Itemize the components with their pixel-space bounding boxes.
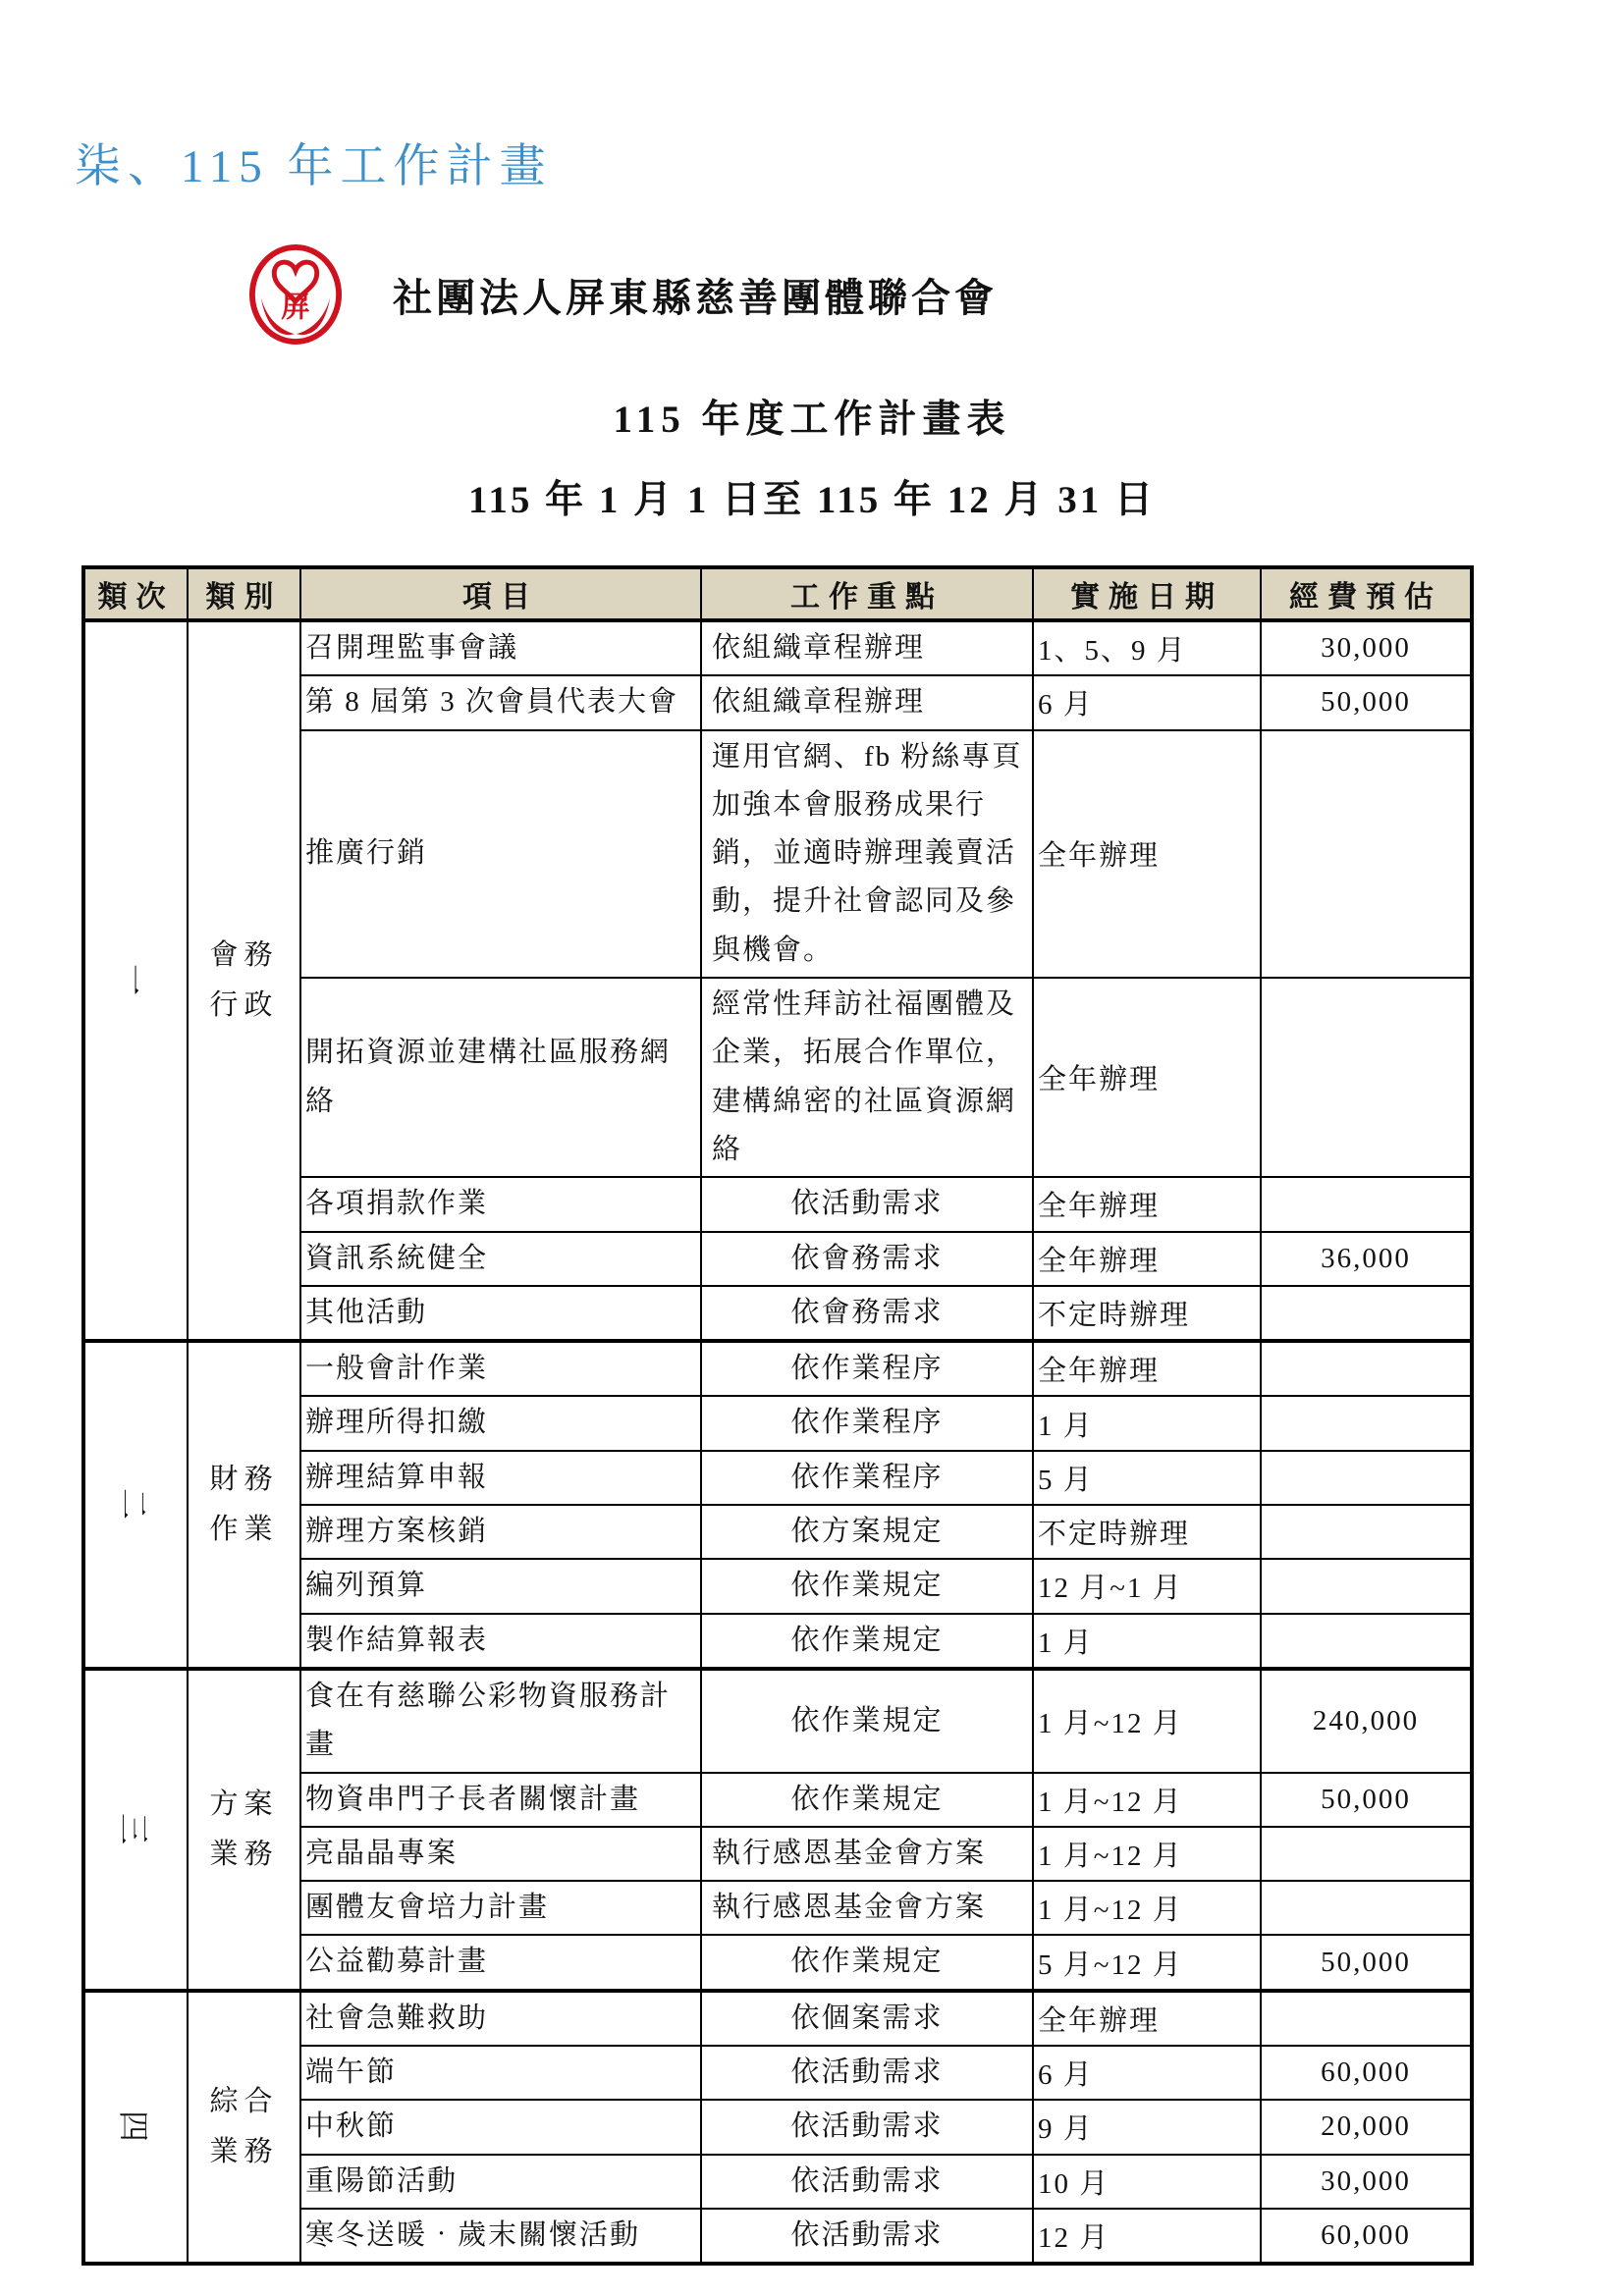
date-cell: 6 月 bbox=[1033, 2046, 1261, 2100]
item-cell: 重陽節活動 bbox=[300, 2155, 701, 2209]
focus-cell: 依作業規定 bbox=[701, 1773, 1033, 1827]
section-category-cell: 會務行政 bbox=[188, 620, 300, 1341]
logo-character: 屏 bbox=[281, 292, 309, 324]
org-logo-icon: 屏 bbox=[247, 243, 344, 346]
section-number: 二 bbox=[113, 1488, 158, 1522]
focus-cell: 依個案需求 bbox=[701, 1991, 1033, 2046]
table-row: 一會務行政召開理監事會議依組織章程辦理1、5、9 月30,000 bbox=[83, 620, 1472, 675]
item-cell: 辦理方案核銷 bbox=[300, 1505, 701, 1559]
date-cell: 6 月 bbox=[1033, 675, 1261, 729]
date-cell: 全年辦理 bbox=[1033, 1232, 1261, 1286]
section-category-cell: 財務作業 bbox=[188, 1341, 300, 1669]
table-row: 四綜合業務社會急難救助依個案需求全年辦理 bbox=[83, 1991, 1472, 2046]
item-cell: 編列預算 bbox=[300, 1559, 701, 1613]
item-cell: 辦理結算申報 bbox=[300, 1451, 701, 1505]
budget-cell: 20,000 bbox=[1261, 2100, 1472, 2154]
col-header-item: 項目 bbox=[300, 567, 701, 620]
date-cell: 全年辦理 bbox=[1033, 978, 1261, 1177]
item-cell: 各項捐款作業 bbox=[300, 1177, 701, 1231]
section-number: 四 bbox=[113, 2110, 158, 2144]
budget-cell bbox=[1261, 1505, 1472, 1559]
focus-cell: 依作業程序 bbox=[701, 1341, 1033, 1396]
document-page: 柒、115 年工作計畫 屏 社團法人屏東縣慈善團體聯合會 115 年度工作計畫表… bbox=[0, 0, 1624, 2296]
item-cell: 其他活動 bbox=[300, 1286, 701, 1341]
focus-cell: 依會務需求 bbox=[701, 1232, 1033, 1286]
focus-cell: 執行感恩基金會方案 bbox=[701, 1881, 1033, 1935]
date-cell: 全年辦理 bbox=[1033, 730, 1261, 978]
plan-title: 115 年度工作計畫表 bbox=[0, 389, 1624, 444]
date-cell: 1 月 bbox=[1033, 1614, 1261, 1669]
item-cell: 第 8 屆第 3 次會員代表大會 bbox=[300, 675, 701, 729]
date-cell: 5 月~12 月 bbox=[1033, 1935, 1261, 1990]
focus-cell: 依活動需求 bbox=[701, 2046, 1033, 2100]
item-cell: 製作結算報表 bbox=[300, 1614, 701, 1669]
section-category-line: 業務 bbox=[192, 2127, 296, 2177]
budget-cell: 30,000 bbox=[1261, 2155, 1472, 2209]
item-cell: 團體友會培力計畫 bbox=[300, 1881, 701, 1935]
budget-cell bbox=[1261, 1827, 1472, 1881]
section-category-line: 方案 bbox=[192, 1780, 296, 1830]
budget-cell: 30,000 bbox=[1261, 620, 1472, 675]
budget-cell bbox=[1261, 1177, 1472, 1231]
budget-cell: 50,000 bbox=[1261, 1935, 1472, 1990]
focus-cell: 依活動需求 bbox=[701, 2100, 1033, 2154]
date-cell: 1 月~12 月 bbox=[1033, 1881, 1261, 1935]
section-number: 三 bbox=[113, 1813, 158, 1846]
budget-cell bbox=[1261, 1341, 1472, 1396]
focus-cell: 依作業規定 bbox=[701, 1559, 1033, 1613]
budget-cell bbox=[1261, 1286, 1472, 1341]
budget-cell bbox=[1261, 1559, 1472, 1613]
focus-cell: 執行感恩基金會方案 bbox=[701, 1827, 1033, 1881]
date-cell: 不定時辦理 bbox=[1033, 1286, 1261, 1341]
date-cell: 10 月 bbox=[1033, 2155, 1261, 2209]
budget-cell: 50,000 bbox=[1261, 675, 1472, 729]
budget-cell: 60,000 bbox=[1261, 2046, 1472, 2100]
focus-cell: 依作業程序 bbox=[701, 1451, 1033, 1505]
item-cell: 物資串門子長者關懷計畫 bbox=[300, 1773, 701, 1827]
date-cell: 5 月 bbox=[1033, 1451, 1261, 1505]
item-cell: 亮晶晶專案 bbox=[300, 1827, 701, 1881]
budget-cell bbox=[1261, 1991, 1472, 2046]
section-number: 一 bbox=[113, 964, 158, 997]
focus-cell: 依活動需求 bbox=[701, 2155, 1033, 2209]
focus-cell: 依會務需求 bbox=[701, 1286, 1033, 1341]
budget-cell bbox=[1261, 1451, 1472, 1505]
table-header-row: 類次 類別 項目 工作重點 實施日期 經費預估 bbox=[83, 567, 1472, 620]
section-category-line: 行政 bbox=[192, 981, 296, 1031]
table-body: 一會務行政召開理監事會議依組織章程辦理1、5、9 月30,000第 8 屆第 3… bbox=[83, 620, 1472, 2264]
item-cell: 一般會計作業 bbox=[300, 1341, 701, 1396]
col-header-budget: 經費預估 bbox=[1261, 567, 1472, 620]
item-cell: 開拓資源並建構社區服務網絡 bbox=[300, 978, 701, 1177]
table-row: 三方案業務食在有慈聯公彩物資服務計畫依作業規定1 月~12 月240,000 bbox=[83, 1669, 1472, 1773]
budget-cell bbox=[1261, 1881, 1472, 1935]
focus-cell: 依作業規定 bbox=[701, 1614, 1033, 1669]
section-category-cell: 方案業務 bbox=[188, 1669, 300, 1991]
budget-cell: 240,000 bbox=[1261, 1669, 1472, 1773]
focus-cell: 經常性拜訪社福團體及企業，拓展合作單位，建構綿密的社區資源網絡 bbox=[701, 978, 1033, 1177]
date-cell: 1 月~12 月 bbox=[1033, 1669, 1261, 1773]
section-category-line: 財務 bbox=[192, 1455, 296, 1505]
date-cell: 9 月 bbox=[1033, 2100, 1261, 2154]
col-header-category-no: 類次 bbox=[83, 567, 188, 620]
budget-cell: 50,000 bbox=[1261, 1773, 1472, 1827]
date-cell: 1、5、9 月 bbox=[1033, 620, 1261, 675]
focus-cell: 依組織章程辦理 bbox=[701, 620, 1033, 675]
date-cell: 不定時辦理 bbox=[1033, 1505, 1261, 1559]
budget-cell bbox=[1261, 1396, 1472, 1450]
focus-cell: 依作業規定 bbox=[701, 1669, 1033, 1773]
budget-cell bbox=[1261, 730, 1472, 978]
date-cell: 1 月~12 月 bbox=[1033, 1827, 1261, 1881]
budget-cell: 60,000 bbox=[1261, 2209, 1472, 2264]
focus-cell: 依活動需求 bbox=[701, 1177, 1033, 1231]
section-number-cell: 一 bbox=[83, 620, 188, 1341]
date-cell: 1 月 bbox=[1033, 1396, 1261, 1450]
item-cell: 食在有慈聯公彩物資服務計畫 bbox=[300, 1669, 701, 1773]
focus-cell: 依作業規定 bbox=[701, 1935, 1033, 1990]
plan-date-range: 115 年 1 月 1 日至 115 年 12 月 31 日 bbox=[0, 469, 1624, 524]
focus-cell: 依活動需求 bbox=[701, 2209, 1033, 2264]
item-cell: 中秋節 bbox=[300, 2100, 701, 2154]
section-number-cell: 四 bbox=[83, 1991, 188, 2264]
focus-cell: 依作業程序 bbox=[701, 1396, 1033, 1450]
section-category-line: 會務 bbox=[192, 931, 296, 981]
org-header: 屏 社團法人屏東縣慈善團體聯合會 bbox=[247, 243, 998, 346]
item-cell: 公益勸募計畫 bbox=[300, 1935, 701, 1990]
focus-cell: 運用官網、fb 粉絲專頁加強本會服務成果行銷，並適時辦理義賣活動，提升社會認同及… bbox=[701, 730, 1033, 978]
section-number-cell: 二 bbox=[83, 1341, 188, 1669]
item-cell: 資訊系統健全 bbox=[300, 1232, 701, 1286]
table-row: 二財務作業一般會計作業依作業程序全年辦理 bbox=[83, 1341, 1472, 1396]
item-cell: 寒冬送暖‧歲末關懷活動 bbox=[300, 2209, 701, 2264]
table-header: 類次 類別 項目 工作重點 實施日期 經費預估 bbox=[83, 567, 1472, 620]
item-cell: 社會急難救助 bbox=[300, 1991, 701, 2046]
section-category-cell: 綜合業務 bbox=[188, 1991, 300, 2264]
item-cell: 推廣行銷 bbox=[300, 730, 701, 978]
budget-cell: 36,000 bbox=[1261, 1232, 1472, 1286]
page-title: 柒、115 年工作計畫 bbox=[75, 130, 553, 195]
work-plan-table: 類次 類別 項目 工作重點 實施日期 經費預估 一會務行政召開理監事會議依組織章… bbox=[81, 565, 1474, 2266]
col-header-category: 類別 bbox=[188, 567, 300, 620]
section-number-cell: 三 bbox=[83, 1669, 188, 1991]
section-category-line: 業務 bbox=[192, 1830, 296, 1880]
section-category-line: 作業 bbox=[192, 1505, 296, 1555]
col-header-focus: 工作重點 bbox=[701, 567, 1033, 620]
col-header-date: 實施日期 bbox=[1033, 567, 1261, 620]
item-cell: 辦理所得扣繳 bbox=[300, 1396, 701, 1450]
org-name: 社團法人屏東縣慈善團體聯合會 bbox=[393, 267, 998, 323]
focus-cell: 依組織章程辦理 bbox=[701, 675, 1033, 729]
date-cell: 1 月~12 月 bbox=[1033, 1773, 1261, 1827]
date-cell: 全年辦理 bbox=[1033, 1341, 1261, 1396]
item-cell: 召開理監事會議 bbox=[300, 620, 701, 675]
section-category-line: 綜合 bbox=[192, 2077, 296, 2127]
focus-cell: 依方案規定 bbox=[701, 1505, 1033, 1559]
date-cell: 全年辦理 bbox=[1033, 1991, 1261, 2046]
date-cell: 12 月 bbox=[1033, 2209, 1261, 2264]
item-cell: 端午節 bbox=[300, 2046, 701, 2100]
date-cell: 全年辦理 bbox=[1033, 1177, 1261, 1231]
budget-cell bbox=[1261, 1614, 1472, 1669]
date-cell: 12 月~1 月 bbox=[1033, 1559, 1261, 1613]
budget-cell bbox=[1261, 978, 1472, 1177]
